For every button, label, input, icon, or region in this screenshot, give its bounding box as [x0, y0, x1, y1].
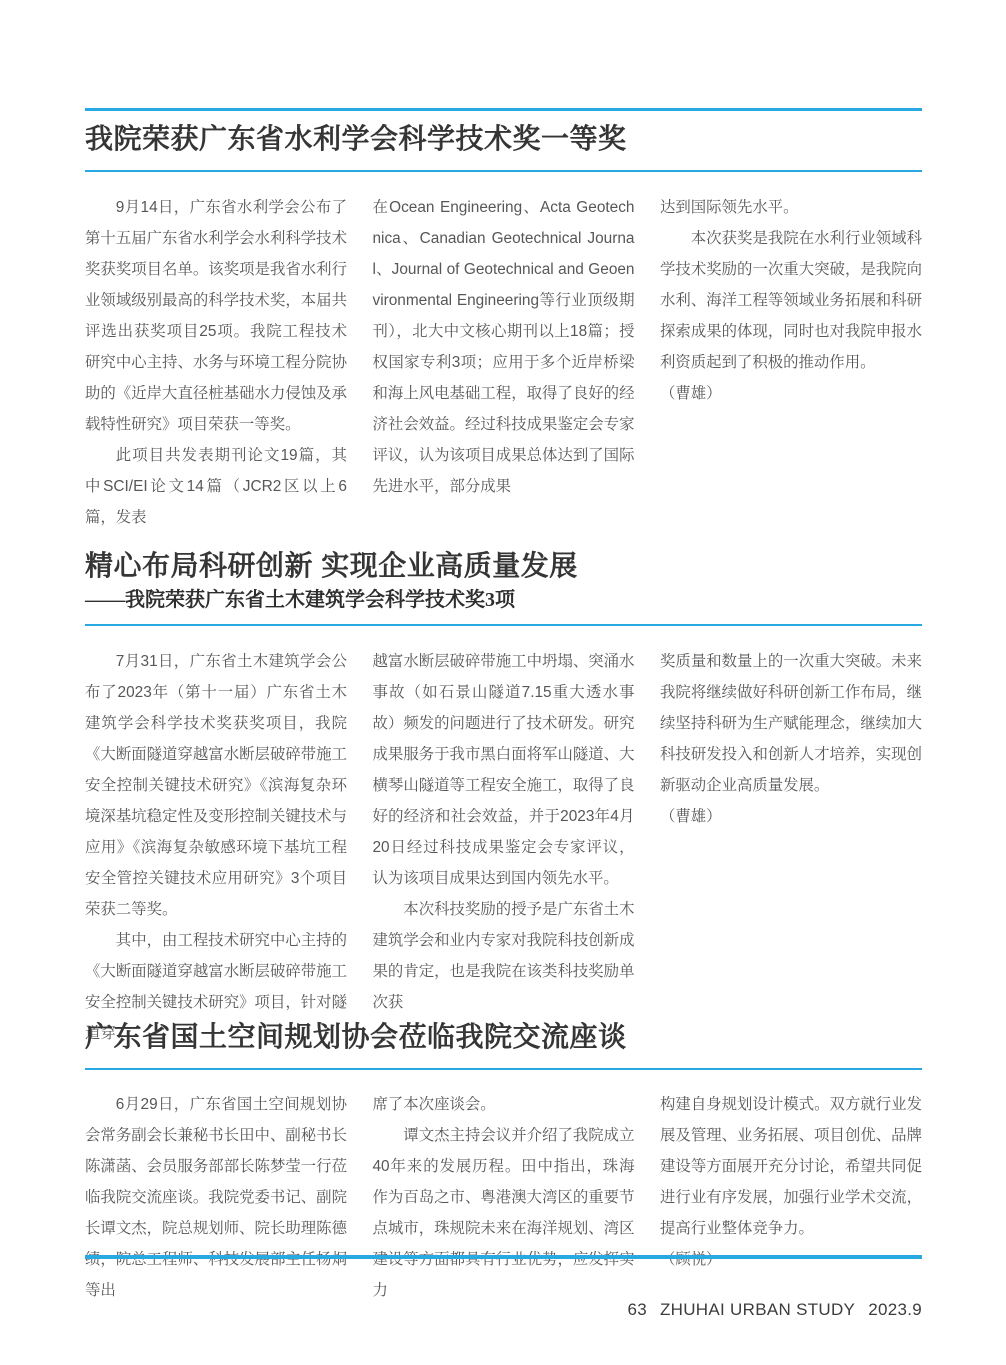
paragraph: 7月31日，广东省土木建筑学会公布了2023年（第十一届）广东省土木建筑学会科学… [85, 646, 347, 925]
paragraph: 达到国际领先水平。 [660, 192, 922, 223]
article-top-rule [85, 108, 922, 111]
paragraph: 6月29日，广东省国土空间规划协会常务副会长兼秘书长田中、副秘书长陈潇菡、会员服… [85, 1089, 347, 1306]
article-title-rule [85, 1068, 922, 1070]
author-byline: （顾悦） [660, 1244, 922, 1275]
article-columns: 6月29日，广东省国土空间规划协会常务副会长兼秘书长田中、副秘书长陈潇菡、会员服… [85, 1089, 922, 1306]
author-byline: （曹雄） [660, 801, 922, 832]
paragraph: 本次科技奖励的授予是广东省土木建筑学会和业内专家对我院科技创新成果的肯定，也是我… [373, 894, 635, 1018]
column-2: 在Ocean Engineering、Acta Geotechnica、Cana… [373, 192, 635, 533]
author-byline: （曹雄） [660, 378, 922, 409]
article-title-rule [85, 170, 922, 172]
article-columns: 9月14日，广东省水利学会公布了第十五届广东省水利学会水利科学技术奖获奖项目名单… [85, 192, 922, 533]
paragraph: 此项目共发表期刊论文19篇，其中SCI/EI论文14篇（JCR2区以上6篇，发表 [85, 440, 347, 533]
paragraph: 越富水断层破碎带施工中坍塌、突涌水事故（如石景山隧道7.15重大透水事故）频发的… [373, 646, 635, 894]
page-footer: 63 ZHUHAI URBAN STUDY 2023.9 [627, 1300, 922, 1320]
paragraph: 谭文杰主持会议并介绍了我院成立40年来的发展历程。田中指出，珠海作为百岛之市、粤… [373, 1120, 635, 1306]
column-3: 构建自身规划设计模式。双方就行业发展及管理、业务拓展、项目创优、品牌建设等方面展… [660, 1089, 922, 1306]
article-subtitle: ——我院荣获广东省土木建筑学会科学技术奖3项 [85, 586, 922, 614]
article-title: 精心布局科研创新 实现企业高质量发展 [85, 549, 922, 583]
article-columns: 7月31日，广东省土木建筑学会公布了2023年（第十一届）广东省土木建筑学会科学… [85, 646, 922, 1049]
article-title: 广东省国土空间规划协会莅临我院交流座谈 [85, 1020, 922, 1054]
article-title: 我院荣获广东省水利学会科学技术奖一等奖 [85, 122, 922, 156]
issue-date: 2023.9 [868, 1300, 922, 1320]
paragraph: 席了本次座谈会。 [373, 1089, 635, 1120]
column-2: 席了本次座谈会。 谭文杰主持会议并介绍了我院成立40年来的发展历程。田中指出，珠… [373, 1089, 635, 1306]
paragraph: 9月14日，广东省水利学会公布了第十五届广东省水利学会水利科学技术奖获奖项目名单… [85, 192, 347, 440]
column-1: 7月31日，广东省土木建筑学会公布了2023年（第十一届）广东省土木建筑学会科学… [85, 646, 347, 1049]
page-bottom-rule [85, 1255, 922, 1259]
column-2: 越富水断层破碎带施工中坍塌、突涌水事故（如石景山隧道7.15重大透水事故）频发的… [373, 646, 635, 1049]
paragraph: 构建自身规划设计模式。双方就行业发展及管理、业务拓展、项目创优、品牌建设等方面展… [660, 1089, 922, 1244]
article-planning-association-visit: 广东省国土空间规划协会莅临我院交流座谈 6月29日，广东省国土空间规划协会常务副… [85, 1020, 922, 1306]
page-number: 63 [627, 1300, 647, 1320]
journal-name: ZHUHAI URBAN STUDY [660, 1300, 855, 1320]
article-civil-engineering-awards: 精心布局科研创新 实现企业高质量发展 ——我院荣获广东省土木建筑学会科学技术奖3… [85, 549, 922, 1049]
column-3: 达到国际领先水平。 本次获奖是我院在水利行业领域科学技术奖励的一次重大突破，是我… [660, 192, 922, 533]
column-1: 9月14日，广东省水利学会公布了第十五届广东省水利学会水利科学技术奖获奖项目名单… [85, 192, 347, 533]
magazine-page: 我院荣获广东省水利学会科学技术奖一等奖 9月14日，广东省水利学会公布了第十五届… [0, 0, 1006, 1365]
paragraph: 本次获奖是我院在水利行业领域科学技术奖励的一次重大突破，是我院向水利、海洋工程等… [660, 223, 922, 378]
article-water-science-award: 我院荣获广东省水利学会科学技术奖一等奖 9月14日，广东省水利学会公布了第十五届… [85, 108, 922, 533]
paragraph: 奖质量和数量上的一次重大突破。未来我院将继续做好科研创新工作布局，继续坚持科研为… [660, 646, 922, 801]
article-title-rule [85, 624, 922, 626]
column-1: 6月29日，广东省国土空间规划协会常务副会长兼秘书长田中、副秘书长陈潇菡、会员服… [85, 1089, 347, 1306]
paragraph: 在Ocean Engineering、Acta Geotechnica、Cana… [373, 192, 635, 502]
column-3: 奖质量和数量上的一次重大突破。未来我院将继续做好科研创新工作布局，继续坚持科研为… [660, 646, 922, 1049]
